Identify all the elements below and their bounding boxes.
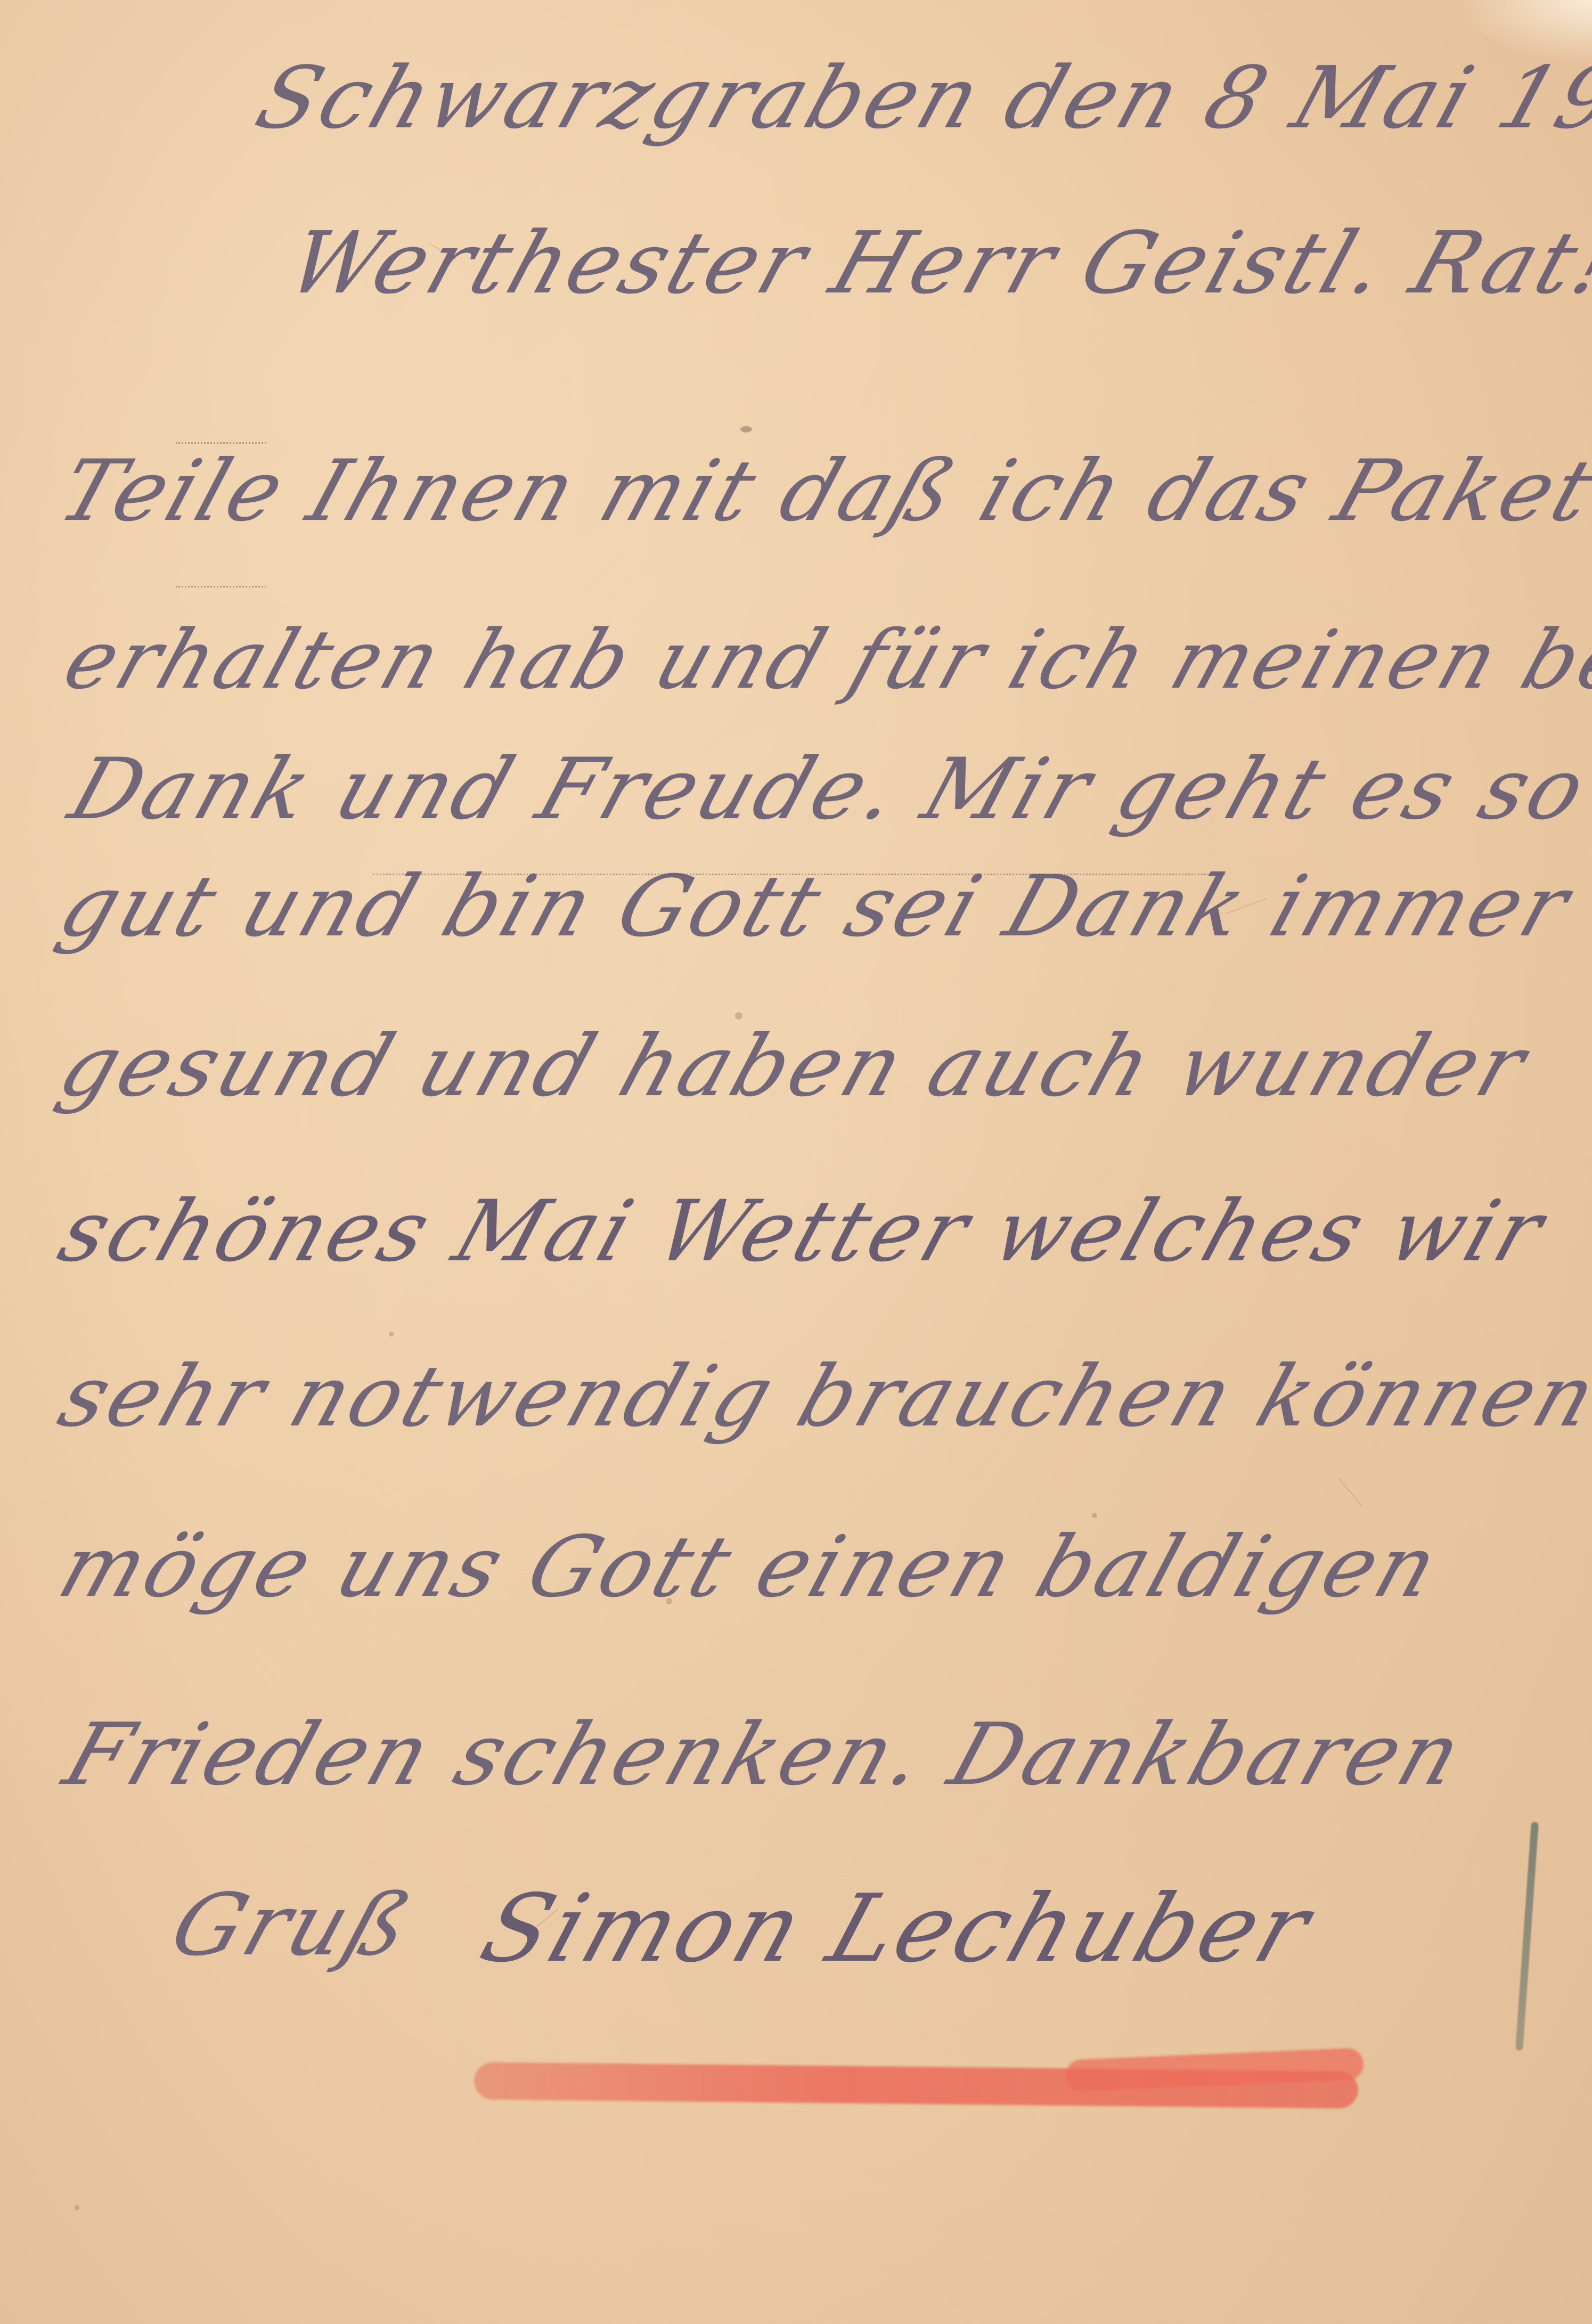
paper-smudge <box>740 426 752 433</box>
body-line-3: Dank und Freude. Mir geht es so weit <box>59 740 1592 838</box>
paper-speck <box>75 2205 79 2210</box>
body-line-4: gut und bin Gott sei Dank immer <box>48 858 1583 956</box>
body-line-5: gesund und haben auch wunder <box>48 1017 1540 1115</box>
body-line-1: Teile Ihnen mit daß ich das Paket <box>48 442 1592 540</box>
letter-page: Schwarzgraben den 8 Mai 1915. Werthester… <box>0 0 1592 2324</box>
signature: Simon Lechuber <box>469 1875 1325 1983</box>
body-line-2: erhalten hab und für ich meinen besten <box>53 613 1592 707</box>
body-line-8: möge uns Gott einen baldigen <box>48 1518 1452 1616</box>
place-date-line: Schwarzgraben den 8 Mai 1915. <box>245 48 1592 148</box>
body-line-7: sehr notwendig brauchen können <box>48 1348 1592 1446</box>
margin-pencil-mark <box>1515 1822 1539 2051</box>
paper-speck <box>389 1332 394 1336</box>
closing-line: Gruß <box>160 1875 426 1975</box>
body-line-6: schönes Mai Wetter welches wir <box>48 1183 1557 1281</box>
signature-underline <box>474 2062 1359 2108</box>
body-line-9: Frieden schenken. Dankbaren <box>53 1705 1476 1804</box>
paper-speck <box>1092 1513 1097 1518</box>
printed-dots <box>176 586 266 593</box>
salutation-line: Werthester Herr Geistl. Rat! <box>277 213 1592 313</box>
paper-fibre <box>1338 1478 1363 1507</box>
